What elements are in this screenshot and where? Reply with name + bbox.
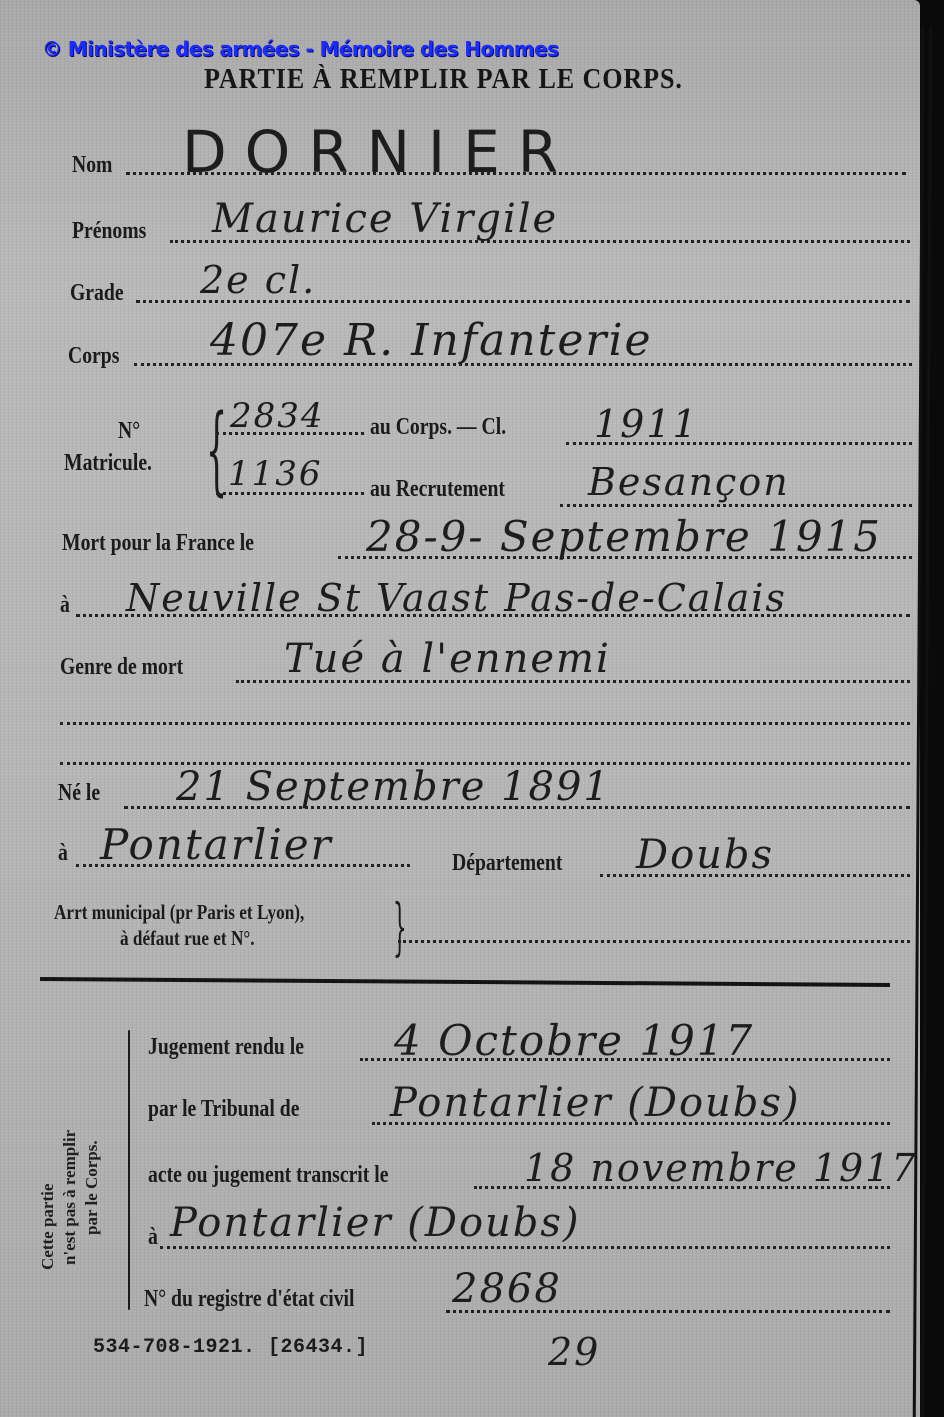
page-title: PARTIE À REMPLIR PAR LE CORPS. xyxy=(204,64,683,96)
registre-value-sub: 29 xyxy=(548,1330,600,1374)
jugement-lieu-value: Pontarlier (Doubs) xyxy=(170,1200,581,1246)
arrondissement-brace: } xyxy=(393,896,407,958)
jugement-rendu-label: Jugement rendu le xyxy=(148,1034,304,1061)
lieu-mort-value: Neuville St Vaast Pas-de-Calais xyxy=(126,576,787,620)
recrutement-value: Besançon xyxy=(588,460,790,504)
nom-label: Nom xyxy=(72,152,112,179)
genre-mort-label: Genre de mort xyxy=(60,654,183,681)
side-note: Cette partie n'est pas à remplir par le … xyxy=(38,1085,128,1285)
naissance-value: 21 Septembre 1891 xyxy=(176,764,611,810)
prenoms-label: Prénoms xyxy=(72,218,146,245)
document-card: © Ministère des armées - Mémoire des Hom… xyxy=(0,0,920,1417)
matricule-label: Matricule. xyxy=(64,450,152,477)
departement-value: Doubs xyxy=(636,832,774,878)
genre-mort-value: Tué à l'ennemi xyxy=(284,636,611,682)
corps-label: Corps xyxy=(68,343,119,370)
lieu-mort-label: à xyxy=(60,592,70,619)
prenoms-value: Maurice Virgile xyxy=(212,196,558,242)
recrutement-dotted-line xyxy=(560,504,912,507)
matricule-brace: { xyxy=(206,402,227,498)
registre-label: N° du registre d'état civil xyxy=(144,1286,354,1313)
jugement-bracket xyxy=(128,1030,130,1310)
tribunal-value: Pontarlier (Doubs) xyxy=(390,1080,801,1126)
departement-label: Département xyxy=(452,850,562,877)
naissance-label: Né le xyxy=(58,780,100,807)
arrondissement-label-line1: Arrt municipal (pr Paris et Lyon), xyxy=(54,900,304,925)
tribunal-label: par le Tribunal de xyxy=(148,1096,299,1123)
side-note-line-1: Cette partie xyxy=(38,1184,58,1270)
lieu-naissance-label: à xyxy=(58,840,68,867)
matricule-label-no: N° xyxy=(118,418,140,445)
jugement-rendu-value: 4 Octobre 1917 xyxy=(394,1016,754,1065)
grade-value: 2e cl. xyxy=(200,258,316,302)
side-note-line-2: n'est pas à remplir xyxy=(60,1130,80,1265)
section-separator xyxy=(40,977,890,987)
copyright-watermark: © Ministère des armées - Mémoire des Hom… xyxy=(42,37,558,61)
classe-value: 1911 xyxy=(594,402,699,446)
jugement-lieu-dotted-line xyxy=(160,1246,890,1249)
nom-value: DORNIER xyxy=(182,118,576,186)
arrondissement-dotted-line xyxy=(398,940,910,943)
blank-dotted-line-1 xyxy=(60,722,910,725)
grade-label: Grade xyxy=(70,280,124,307)
jugement-lieu-label: à xyxy=(148,1224,158,1251)
matricule-corps-label: au Corps. — Cl. xyxy=(370,414,506,441)
mort-value: 28-9- Septembre 1915 xyxy=(366,512,882,561)
mort-label: Mort pour la France le xyxy=(62,530,254,557)
side-note-line-3: par le Corps. xyxy=(82,1140,102,1235)
lieu-naissance-value: Pontarlier xyxy=(100,820,333,869)
print-reference: 534-708-1921. [26434.] xyxy=(93,1336,368,1359)
registre-value: 2868 xyxy=(452,1266,562,1312)
arrondissement-label-line2: à défaut rue et N°. xyxy=(120,926,255,951)
recrutement-label: au Recrutement xyxy=(370,476,505,503)
transcrit-label: acte ou jugement transcrit le xyxy=(148,1162,388,1189)
transcrit-value: 18 novembre 1917 xyxy=(524,1146,918,1190)
corps-value: 407e R. Infanterie xyxy=(210,315,653,366)
matricule-corps-number: 2834 xyxy=(230,396,325,436)
matricule-recrutement-number: 1136 xyxy=(228,454,323,494)
